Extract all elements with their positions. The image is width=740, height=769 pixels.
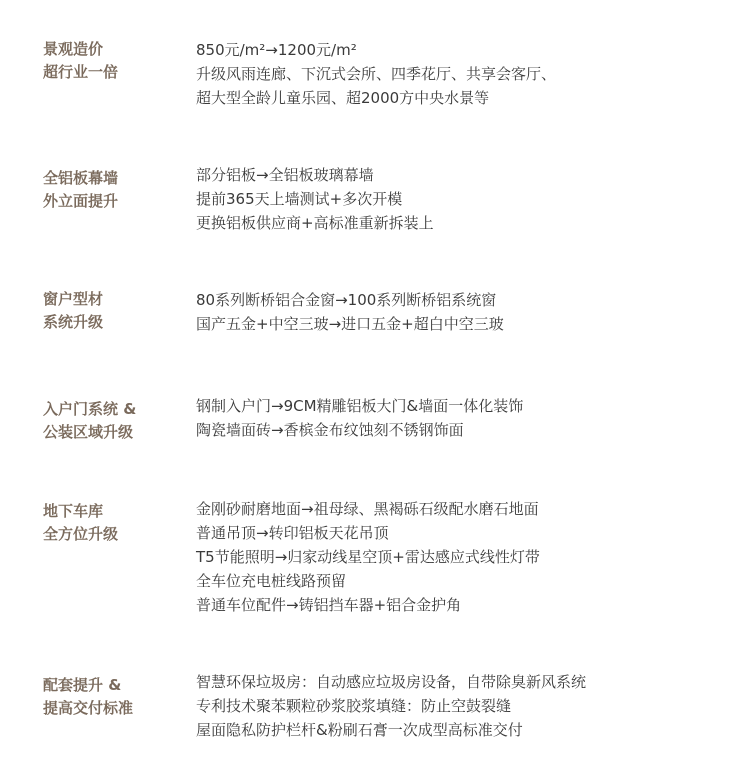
detail-line: 金刚砂耐磨地面→祖母绿、黑褐砾石级配水磨石地面: [196, 497, 540, 521]
detail-line: 部分铝板→全铝板玻璃幕墙: [196, 163, 434, 187]
title-line: 超行业一倍: [43, 61, 118, 84]
title-line: 景观造价: [43, 38, 118, 61]
title-line: 全方位升级: [43, 523, 118, 546]
section-details: 部分铝板→全铝板玻璃幕墙 提前365天上墙测试+多次开模 更换铝板供应商+高标准…: [196, 163, 434, 235]
detail-line: 智慧环保垃圾房：自动感应垃圾房设备，自带除臭新风系统: [196, 670, 586, 694]
detail-line: 普通车位配件→铸铝挡车器+铝合金护角: [196, 593, 540, 617]
detail-line: 更换铝板供应商+高标准重新拆装上: [196, 211, 434, 235]
detail-line: 提前365天上墙测试+多次开模: [196, 187, 434, 211]
title-line: 配套提升 &: [43, 674, 133, 697]
section-title: 配套提升 & 提高交付标准: [43, 674, 133, 720]
detail-line: 钢制入户门→9CM精雕铝板大门&墙面一体化装饰: [196, 394, 523, 418]
detail-line: 陶瓷墙面砖→香槟金布纹蚀刻不锈钢饰面: [196, 418, 523, 442]
detail-line: 全车位充电桩线路预留: [196, 569, 540, 593]
detail-line: 80系列断桥铝合金窗→100系列断桥铝系统窗: [196, 288, 504, 312]
detail-line: 屋面隐私防护栏杆&粉刷石膏一次成型高标准交付: [196, 718, 586, 742]
title-line: 公装区域升级: [43, 421, 136, 444]
section-title: 全铝板幕墙 外立面提升: [43, 167, 118, 213]
title-line: 全铝板幕墙: [43, 167, 118, 190]
section-title: 景观造价 超行业一倍: [43, 38, 118, 84]
section-details: 智慧环保垃圾房：自动感应垃圾房设备，自带除臭新风系统 专利技术聚苯颗粒砂浆胶浆填…: [196, 670, 586, 742]
title-line: 地下车库: [43, 500, 118, 523]
detail-line: 升级风雨连廊、下沉式会所、四季花厅、共享会客厅、: [196, 62, 556, 86]
detail-line: 国产五金+中空三玻→进口五金+超白中空三玻: [196, 312, 504, 336]
title-line: 提高交付标准: [43, 697, 133, 720]
section-title: 入户门系统 & 公装区域升级: [43, 398, 136, 444]
title-line: 系统升级: [43, 311, 103, 334]
detail-line: T5节能照明→归家动线星空顶+雷达感应式线性灯带: [196, 545, 540, 569]
section-title: 地下车库 全方位升级: [43, 500, 118, 546]
title-line: 入户门系统 &: [43, 398, 136, 421]
section-details: 钢制入户门→9CM精雕铝板大门&墙面一体化装饰 陶瓷墙面砖→香槟金布纹蚀刻不锈钢…: [196, 394, 523, 442]
detail-line: 超大型全龄儿童乐园、超2000方中央水景等: [196, 86, 556, 110]
title-line: 窗户型材: [43, 288, 103, 311]
section-details: 80系列断桥铝合金窗→100系列断桥铝系统窗 国产五金+中空三玻→进口五金+超白…: [196, 288, 504, 336]
section-details: 金刚砂耐磨地面→祖母绿、黑褐砾石级配水磨石地面 普通吊顶→转印铝板天花吊顶 T5…: [196, 497, 540, 617]
detail-line: 专利技术聚苯颗粒砂浆胶浆填缝：防止空鼓裂缝: [196, 694, 586, 718]
detail-line: 850元/m²→1200元/m²: [196, 38, 556, 62]
detail-line: 普通吊顶→转印铝板天花吊顶: [196, 521, 540, 545]
title-line: 外立面提升: [43, 190, 118, 213]
section-details: 850元/m²→1200元/m² 升级风雨连廊、下沉式会所、四季花厅、共享会客厅…: [196, 38, 556, 110]
section-title: 窗户型材 系统升级: [43, 288, 103, 334]
